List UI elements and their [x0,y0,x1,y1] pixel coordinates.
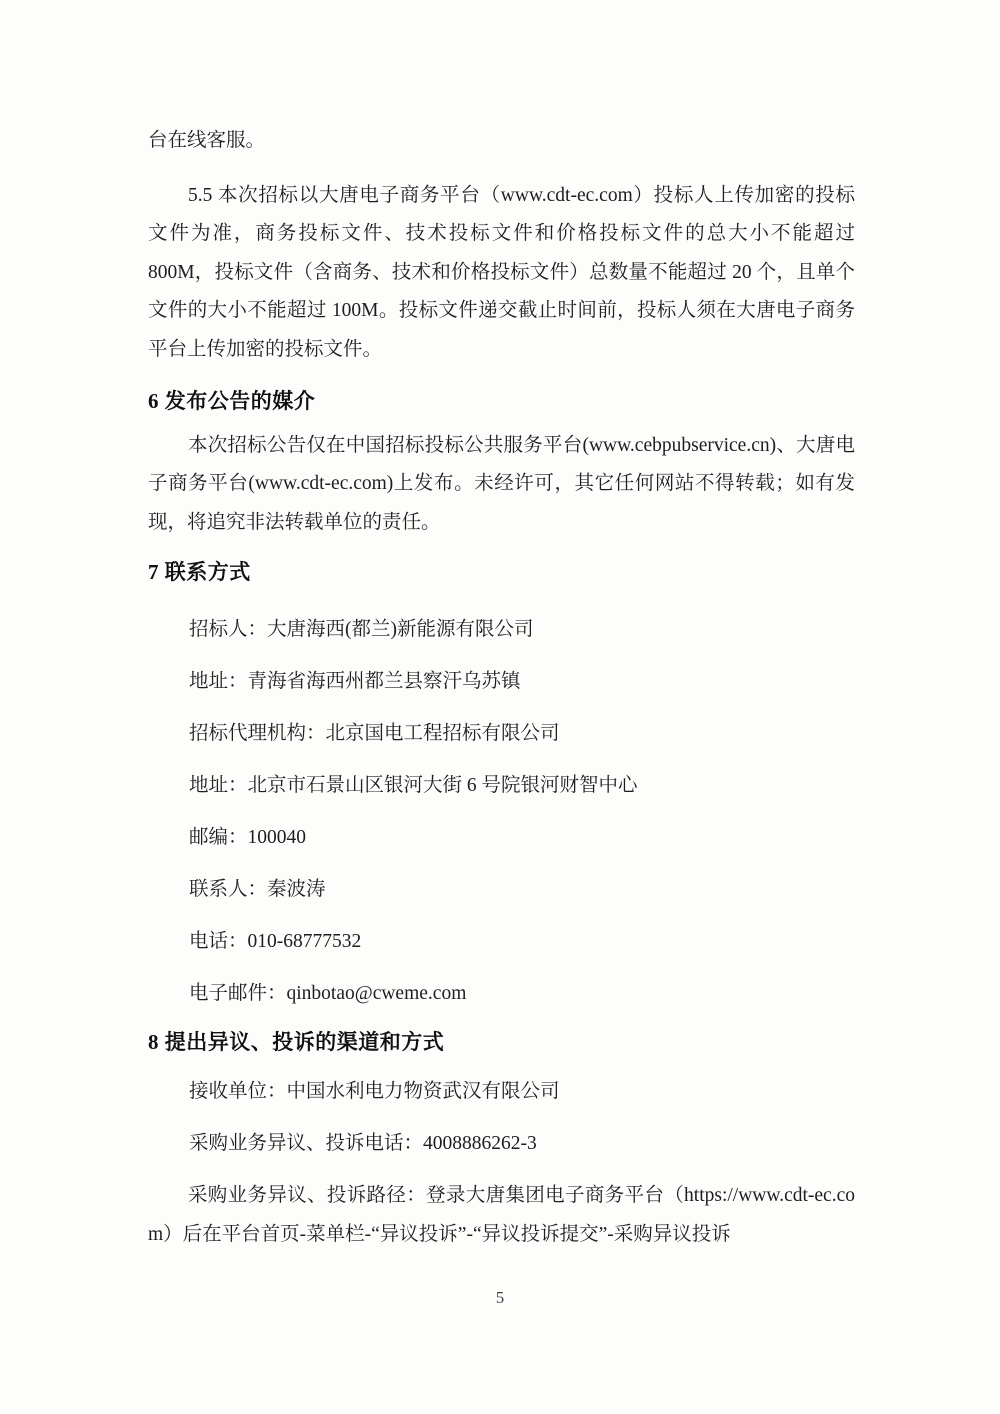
contact-line-email: 电子邮件：qinbotao@cweme.com [189,975,855,1013]
complaint-line-receiver: 接收单位：中国水利电力物资武汉有限公司 [189,1073,855,1111]
section-6-body: 本次招标公告仅在中国招标投标公共服务平台(www.cebpubservice.c… [148,427,855,543]
complaint-line-phone: 采购业务异议、投诉电话：4008886262-3 [189,1125,855,1163]
contact-line-phone: 电话：010-68777532 [189,923,855,961]
complaint-path-paragraph: 采购业务异议、投诉路径：登录大唐集团电子商务平台（https://www.cdt… [148,1177,855,1254]
contact-line-postcode: 邮编：100040 [189,819,855,857]
page-number: 5 [0,1288,1000,1308]
section-7-heading: 7 联系方式 [148,557,855,588]
contact-list: 招标人：大唐海西(都兰)新能源有限公司 地址：青海省海西州都兰县察汗乌苏镇 招标… [148,611,855,1013]
contact-line-agency: 招标代理机构：北京国电工程招标有限公司 [189,715,855,753]
continuation-paragraph: 台在线客服。 [148,122,855,161]
section-8-heading: 8 提出异议、投诉的渠道和方式 [148,1027,855,1058]
contact-line-tenderer-address: 地址：青海省海西州都兰县察汗乌苏镇 [189,663,855,701]
contact-line-tenderer: 招标人：大唐海西(都兰)新能源有限公司 [189,611,855,649]
section-6-heading: 6 发布公告的媒介 [148,386,855,417]
contact-line-contact-person: 联系人：秦波涛 [189,871,855,909]
contact-line-agency-address: 地址：北京市石景山区银河大街 6 号院银河财智中心 [189,767,855,805]
complaint-list: 接收单位：中国水利电力物资武汉有限公司 采购业务异议、投诉电话：40088862… [148,1073,855,1163]
paragraph-5-5: 5.5 本次招标以大唐电子商务平台（www.cdt-ec.com）投标人上传加密… [148,177,855,370]
document-page: 台在线客服。 5.5 本次招标以大唐电子商务平台（www.cdt-ec.com）… [0,0,1000,1414]
